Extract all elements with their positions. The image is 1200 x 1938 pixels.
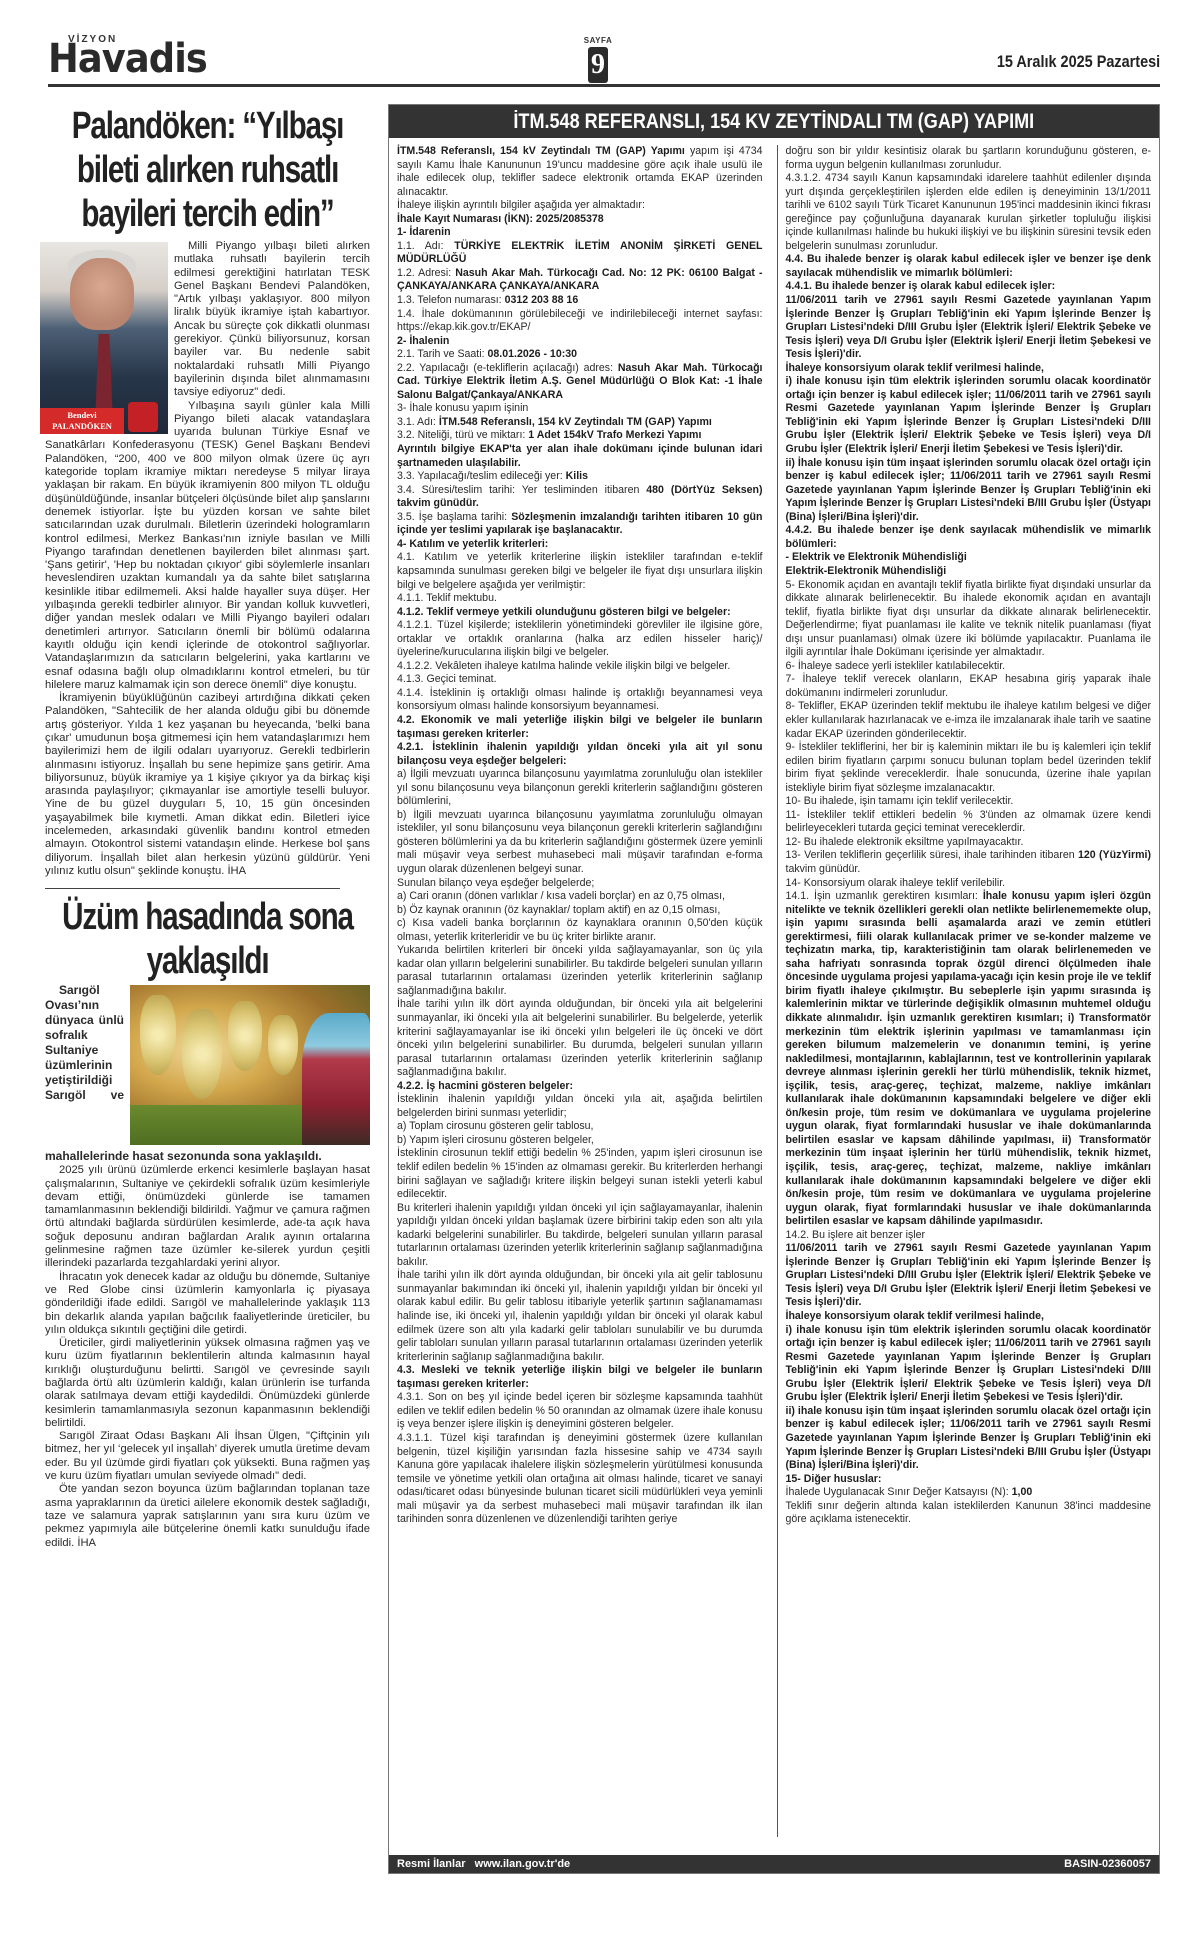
article2-paragraph: Sarıgöl Ziraat Odası Başkanı Ali İhsan Ü…: [45, 1430, 370, 1483]
portrait-photo: Bendevi PALANDÖKEN: [40, 242, 168, 434]
tender-paragraph: 2.1. Tarih ve Saati: 08.01.2026 - 10:30: [397, 348, 763, 362]
masthead-divider: [48, 84, 1160, 87]
tender-paragraph: 4.3.1.1. Tüzel kişi tarafından iş deneyi…: [397, 1432, 763, 1527]
tender-paragraph: Elektrik-Elektronik Mühendisliği: [786, 565, 1152, 579]
tender-paragraph: 1.2. Adresi: Nasuh Akar Mah. Türkocağı C…: [397, 267, 763, 294]
press-code: BASIN-02360057: [1064, 1855, 1151, 1873]
tender-paragraph: a) Cari oranın (dönen varlıklar / kısa v…: [397, 890, 763, 904]
tender-paragraph: 4.2.2. İş hacmini gösteren belgeler:: [397, 1080, 763, 1094]
page-number: 9: [588, 47, 608, 83]
tender-paragraph: 4.1.1. Teklif mektubu.: [397, 592, 763, 606]
tender-paragraph: 3.5. İşe başlama tarihi: Sözleşmenin imz…: [397, 511, 763, 538]
tender-paragraph: 4.1.2.2. Vekâleten ihaleye katılma halin…: [397, 660, 763, 674]
tender-paragraph: 14.1. İşin uzmanlık gerektiren kısımları…: [786, 890, 1152, 1229]
tender-paragraph: 11- İstekliler teklif ettikleri bedelin …: [786, 809, 1152, 836]
tender-paragraph: 4.4.2. Bu ihalede benzer işe denk sayıla…: [786, 524, 1152, 551]
tender-paragraph: 1- İdarenin: [397, 226, 763, 240]
tender-paragraph: 10- Bu ihalede, işin tamamı için teklif …: [786, 795, 1152, 809]
tender-paragraph: İhale Kayıt Numarası (İKN): 2025/2085378: [397, 213, 763, 227]
tender-columns: İTM.548 Referanslı, 154 kV Zeytindalı TM…: [397, 145, 1151, 1837]
tender-paragraph: 15- Diğer hususlar:: [786, 1473, 1152, 1487]
article2-paragraph: Üreticiler, girdi maliyetlerinin yüksek …: [45, 1337, 370, 1430]
tender-paragraph: a) Toplam cirosunu gösteren gelir tablos…: [397, 1120, 763, 1134]
tender-paragraph: İsteklinin ihalenin yapıldığı yıldan önc…: [397, 1093, 763, 1120]
logo-title: Havadis: [48, 36, 207, 82]
tender-paragraph: 4- Katılım ve yeterlik kriterleri:: [397, 538, 763, 552]
article2-paragraph: İhracatın yok denecek kadar az olduğu bu…: [45, 1271, 370, 1337]
tender-paragraph: Bu kriterleri ihalenin yapıldığı yıldan …: [397, 1202, 763, 1270]
tender-paragraph: c) Kısa vadeli banka borçlarının öz kayn…: [397, 917, 763, 944]
tender-paragraph: 11/06/2011 tarih ve 27961 sayılı Resmi G…: [786, 1242, 1152, 1310]
tender-paragraph: 4.1. Katılım ve yeterlik kriterlerine il…: [397, 551, 763, 592]
tender-paragraph: 2.2. Yapılacağı (e-tekliflerin açılacağı…: [397, 362, 763, 403]
tender-paragraph: İhalede Uygulanacak Sınır Değer Katsayıs…: [786, 1486, 1152, 1500]
article-divider: [45, 888, 340, 889]
tender-paragraph: ii) İhale konusu işin tüm inşaat işlerin…: [786, 457, 1152, 525]
tender-paragraph: 8- Teklifler, EKAP üzerinden teklif mekt…: [786, 700, 1152, 741]
tender-paragraph: b) Yapım işleri cirosunu gösteren belgel…: [397, 1134, 763, 1148]
tender-paragraph: 1.1. Adı: TÜRKİYE ELEKTRİK İLETİM ANONİM…: [397, 240, 763, 267]
tender-paragraph: 3.4. Süresi/teslim tarihi: Yer teslimind…: [397, 484, 763, 511]
tender-column-1: İTM.548 Referanslı, 154 kV Zeytindalı TM…: [397, 145, 763, 1837]
tender-paragraph: İhaleye konsorsiyum olarak teklif verilm…: [786, 362, 1152, 376]
tender-footer: Resmi İlanlar www.ilan.gov.tr'de BASIN-0…: [389, 1855, 1159, 1873]
tender-paragraph: 3.2. Niteliği, türü ve miktarı: 1 Adet 1…: [397, 429, 763, 443]
tender-paragraph: Teklifi sınır değerin altında kalan iste…: [786, 1500, 1152, 1527]
tender-paragraph: 5- Ekonomik açıdan en avantajlı teklif f…: [786, 579, 1152, 660]
tender-paragraph: İhaleye ilişkin ayrıntılı bilgiler aşağı…: [397, 199, 763, 213]
masthead: VİZYON Havadis SAYFA 9 15 Aralık 2025 Pa…: [48, 30, 1160, 84]
article2-paragraph: Öte yandan sezon boyunca üzüm bağlarında…: [45, 1483, 370, 1549]
tender-paragraph: i) ihale konusu işin tüm elektrik işleri…: [786, 1324, 1152, 1405]
tender-paragraph: b) Öz kaynak oranının (öz kaynaklar/ top…: [397, 904, 763, 918]
tender-paragraph: 3- İhale konusu yapım işinin: [397, 402, 763, 416]
page-indicator: SAYFA 9: [578, 36, 618, 83]
tender-paragraph: 3.3. Yapılacağı/teslim edileceği yer: Ki…: [397, 470, 763, 484]
tender-paragraph: 13- Verilen tekliflerin geçerlilik süres…: [786, 849, 1152, 876]
tender-paragraph: 14.2. Bu işlere ait benzer işler: [786, 1229, 1152, 1243]
article1-headline: Palandöken: “Yılbaşı bileti alırken ruhs…: [45, 104, 370, 236]
article2-headline: Üzüm hasadında sona yaklaşıldı: [45, 895, 370, 983]
tender-paragraph: - Elektrik ve Elektronik Mühendisliği: [786, 551, 1152, 565]
article2-paragraph: 2025 yılı ürünü üzümlerde erkenci kesiml…: [45, 1164, 370, 1270]
official-ads-link[interactable]: Resmi İlanlar www.ilan.gov.tr'de: [397, 1855, 570, 1873]
tender-paragraph: 4.2.1. İsteklinin ihalenin yapıldığı yıl…: [397, 741, 763, 768]
tender-paragraph: 4.3.1.2. 4734 sayılı Kanun kapsamındaki …: [786, 172, 1152, 253]
tender-paragraph: 4.1.2. Teklif vermeye yetkili olunduğunu…: [397, 606, 763, 620]
article1-paragraph: İkramiyenin büyüklüğünün cazibeyi artırd…: [45, 692, 370, 878]
tender-paragraph: 12- Bu ihalede elektronik eksiltme yapıl…: [786, 836, 1152, 850]
tender-announcement: İTM.548 REFERANSLI, 154 KV ZEYTİNDALI TM…: [388, 104, 1160, 1874]
tender-paragraph: 9- İstekliler tekliflerini, her bir iş k…: [786, 741, 1152, 795]
tender-paragraph: 1.4. İhale dokümanının görülebileceği ve…: [397, 308, 763, 335]
news-column: Palandöken: “Yılbaşı bileti alırken ruhs…: [45, 104, 370, 1550]
tender-title-bar: İTM.548 REFERANSLI, 154 KV ZEYTİNDALI TM…: [389, 105, 1159, 138]
issue-date: 15 Aralık 2025 Pazartesi: [997, 52, 1160, 72]
tender-paragraph: 6- İhaleye sadece yerli istekliler katıl…: [786, 660, 1152, 674]
tender-paragraph: i) ihale konusu işin tüm elektrik işleri…: [786, 375, 1152, 456]
tender-paragraph: 4.1.2.1. Tüzel kişilerde; isteklilerin y…: [397, 619, 763, 660]
tender-paragraph: doğru son bir yıldır kesintisiz olarak b…: [786, 145, 1152, 172]
article1-paragraph: Yılbaşına sayılı günler kala Milli Piyan…: [45, 400, 370, 693]
tender-paragraph: İhale tarihi yılın ilk dört ayında olduğ…: [397, 1269, 763, 1364]
article2-body: Sarıgöl Ovası’nın dünyaca ünlü sofralık …: [45, 983, 370, 1550]
article1-body: Bendevi PALANDÖKEN Milli Piyango yılbaşı…: [45, 240, 370, 878]
tender-paragraph: Sunulan bilanço veya eşdeğer belgelerde;: [397, 877, 763, 891]
tender-paragraph: 4.1.3. Geçici teminat.: [397, 673, 763, 687]
tender-paragraph: 2- İhalenin: [397, 335, 763, 349]
grape-harvest-photo: [130, 985, 370, 1145]
tender-paragraph: İsteklinin cirosunun teklif ettiği bedel…: [397, 1147, 763, 1201]
tender-paragraph: 4.3.1. Son on beş yıl içinde bedel içere…: [397, 1391, 763, 1432]
tender-paragraph: İhale tarihi yılın ilk dört ayında olduğ…: [397, 998, 763, 1079]
tender-title: İTM.548 REFERANSLI, 154 KV ZEYTİNDALI TM…: [514, 105, 1035, 138]
microphone-icon: [128, 402, 158, 432]
tender-paragraph: 1.3. Telefon numarası: 0312 203 88 16: [397, 294, 763, 308]
page-label: SAYFA: [578, 36, 618, 45]
tender-paragraph: 4.4. Bu ihalede benzer iş olarak kabul e…: [786, 253, 1152, 280]
tender-paragraph: 11/06/2011 tarih ve 27961 sayılı Resmi G…: [786, 294, 1152, 362]
tender-paragraph: 14- Konsorsiyum olarak ihaleye teklif ve…: [786, 877, 1152, 891]
tender-paragraph: b) İlgili mevzuatı uyarınca bilançosunu …: [397, 809, 763, 877]
tender-column-2: doğru son bir yıldır kesintisiz olarak b…: [777, 145, 1152, 1837]
tender-paragraph: İhaleye konsorsiyum olarak teklif verilm…: [786, 1310, 1152, 1324]
tender-paragraph: 7- İhaleye teklif verecek olanların, EKA…: [786, 673, 1152, 700]
tender-paragraph: Yukarıda belirtilen kriterleri bir öncek…: [397, 944, 763, 998]
tender-paragraph: 4.1.4. İsteklinin iş ortaklığı olması ha…: [397, 687, 763, 714]
tender-paragraph: Ayrıntılı bilgiye EKAP'ta yer alan ihale…: [397, 443, 763, 470]
tender-paragraph: 4.2. Ekonomik ve mali yeterliğe ilişkin …: [397, 714, 763, 741]
tender-paragraph: İTM.548 Referanslı, 154 kV Zeytindalı TM…: [397, 145, 763, 199]
tender-paragraph: 3.1. Adı: İTM.548 Referanslı, 154 kV Zey…: [397, 416, 763, 430]
tender-paragraph: 4.4.1. Bu ihalede benzer iş olarak kabul…: [786, 280, 1152, 294]
tender-paragraph: ii) ihale konusu işin tüm inşaat işlerin…: [786, 1405, 1152, 1473]
photo-caption: Bendevi PALANDÖKEN: [40, 408, 124, 434]
tender-paragraph: a) İlgili mevzuatı uyarınca bilançosunu …: [397, 768, 763, 809]
tender-paragraph: 4.3. Mesleki ve teknik yeterliğe ilişkin…: [397, 1364, 763, 1391]
